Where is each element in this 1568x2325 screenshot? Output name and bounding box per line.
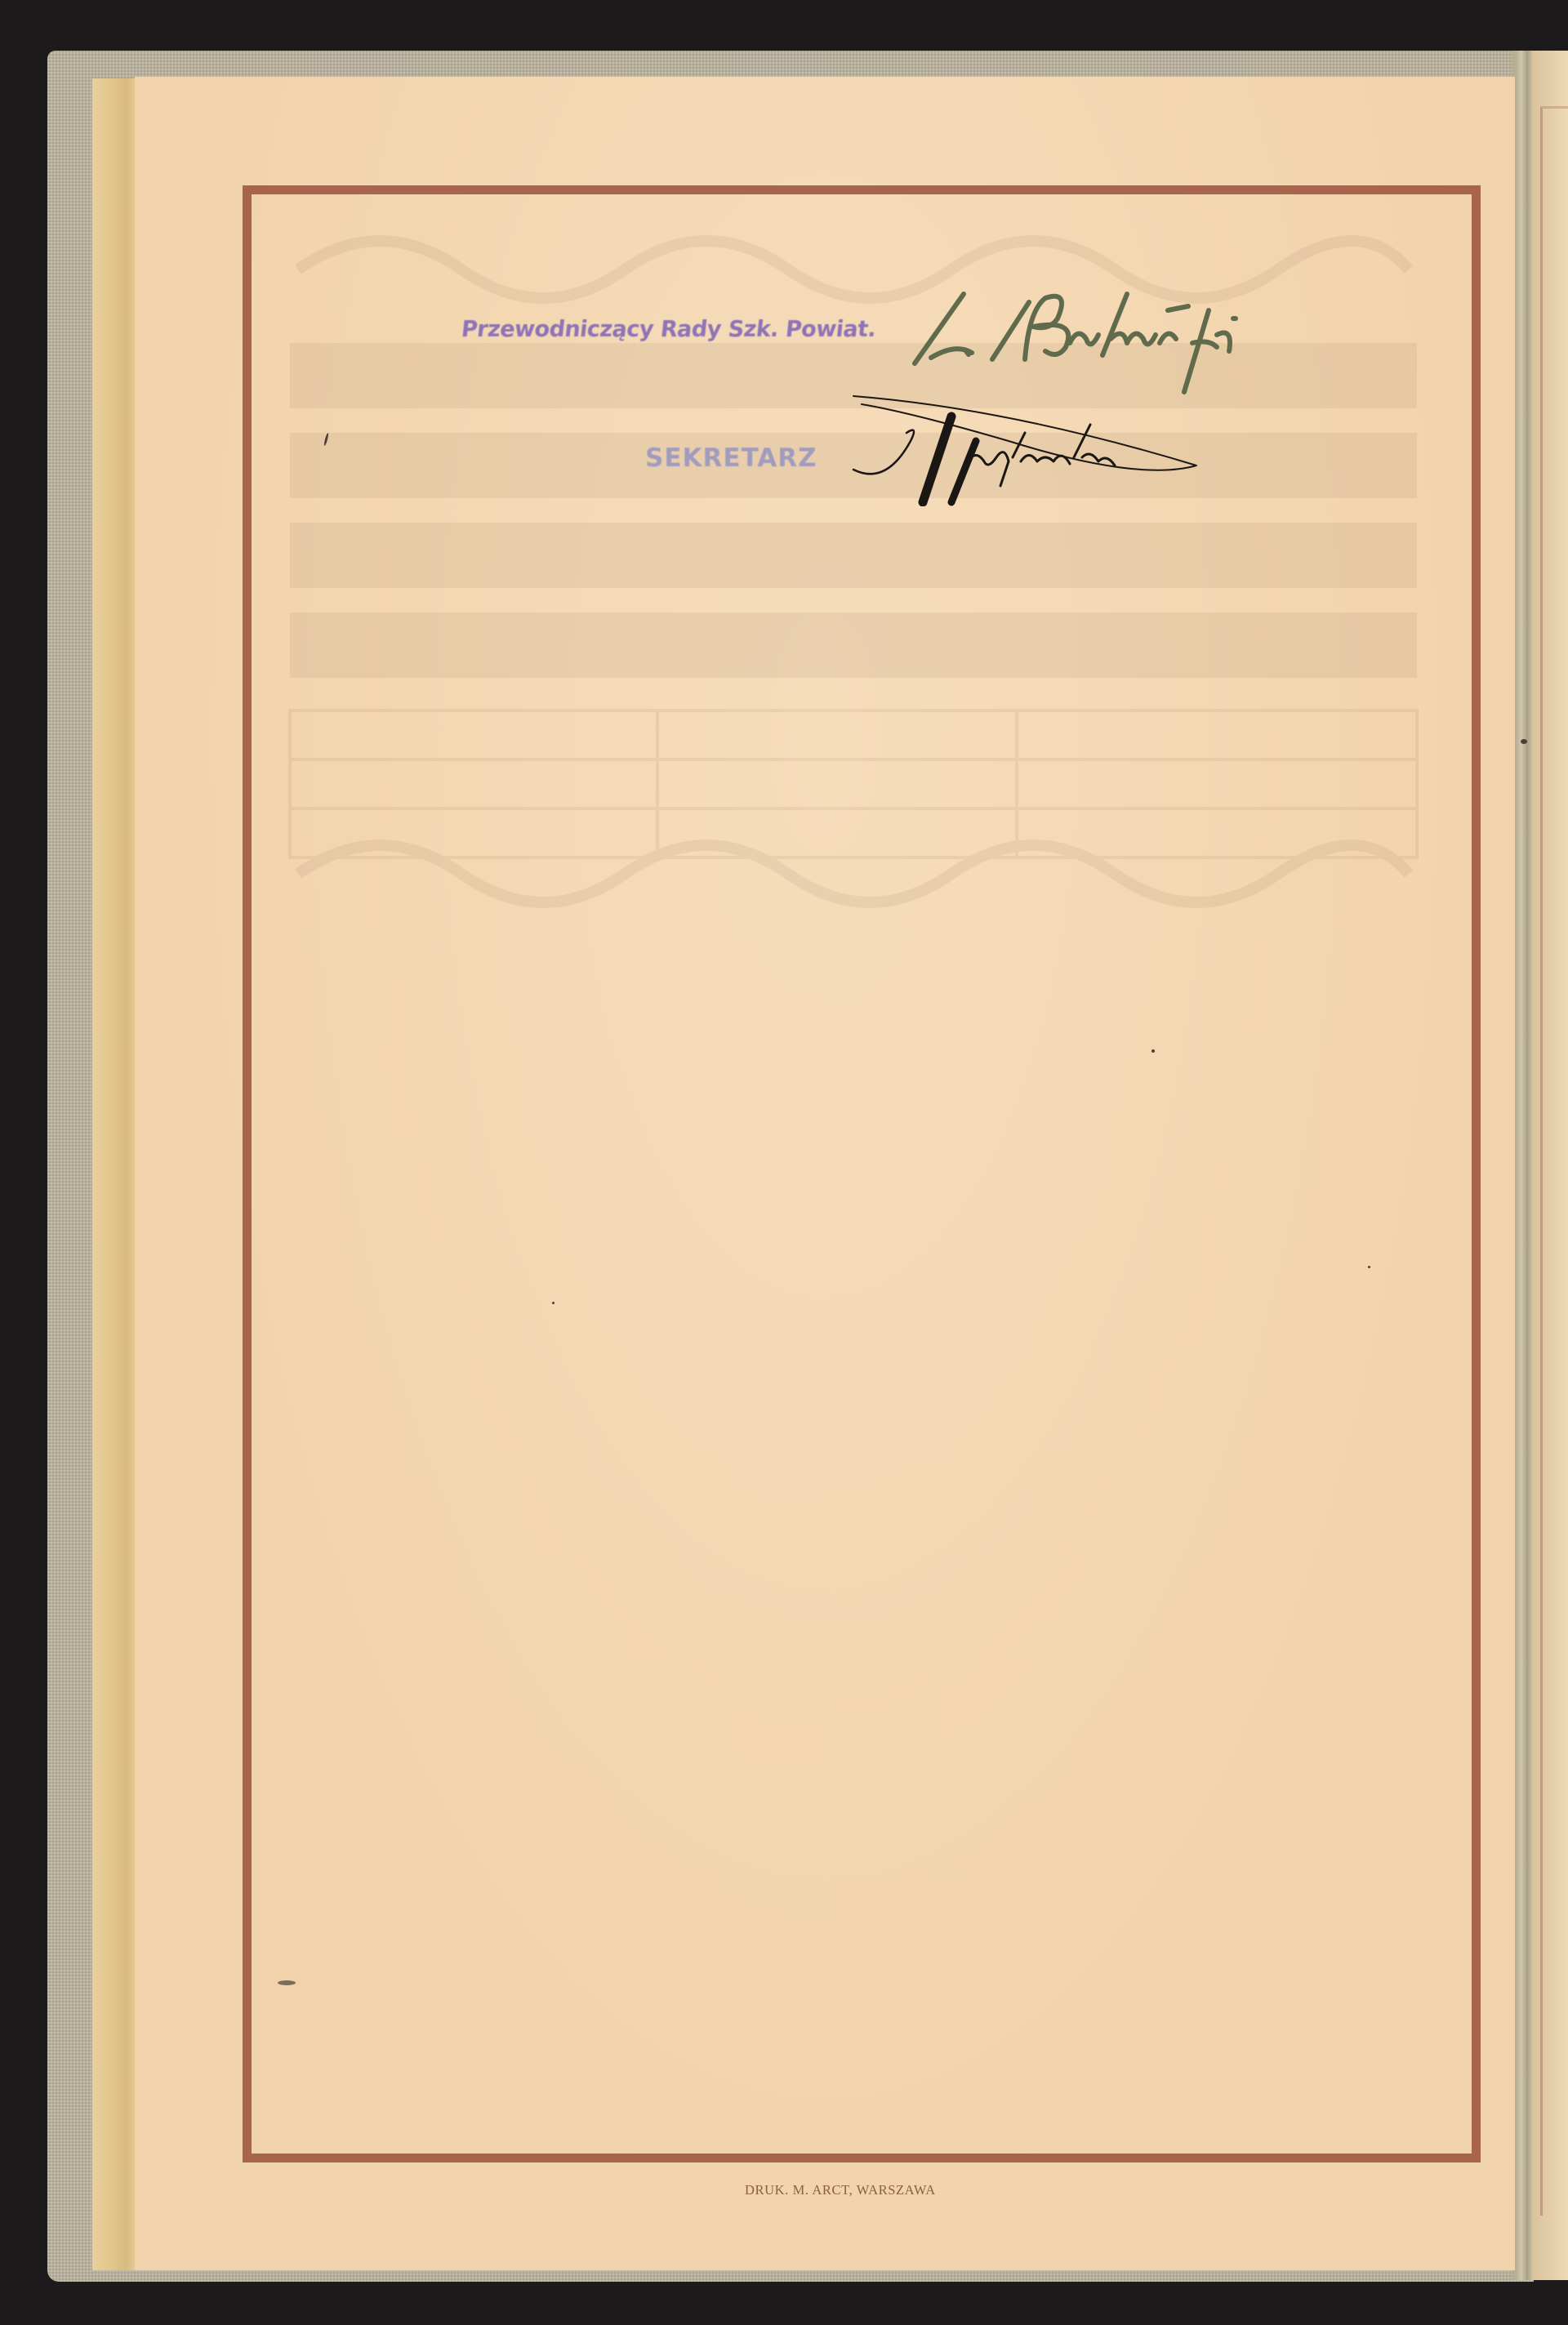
chairman-stamp: Przewodniczący Rady Szk. Powiat. bbox=[460, 317, 877, 342]
page-edges-stack bbox=[92, 78, 141, 2270]
ink-mark bbox=[1521, 739, 1527, 744]
ink-mark bbox=[1151, 1049, 1155, 1053]
secretary-signature bbox=[845, 392, 1205, 506]
ink-smudge bbox=[278, 1980, 296, 1985]
printer-imprint: DRUK. M. ARCT, WARSZAWA bbox=[745, 2182, 936, 2198]
ink-mark bbox=[1368, 1266, 1370, 1268]
secretary-stamp: SEKRETARZ bbox=[645, 443, 817, 473]
chairman-signature bbox=[882, 261, 1241, 400]
adjacent-page-frame bbox=[1540, 106, 1568, 2216]
ink-mark bbox=[552, 1302, 555, 1304]
